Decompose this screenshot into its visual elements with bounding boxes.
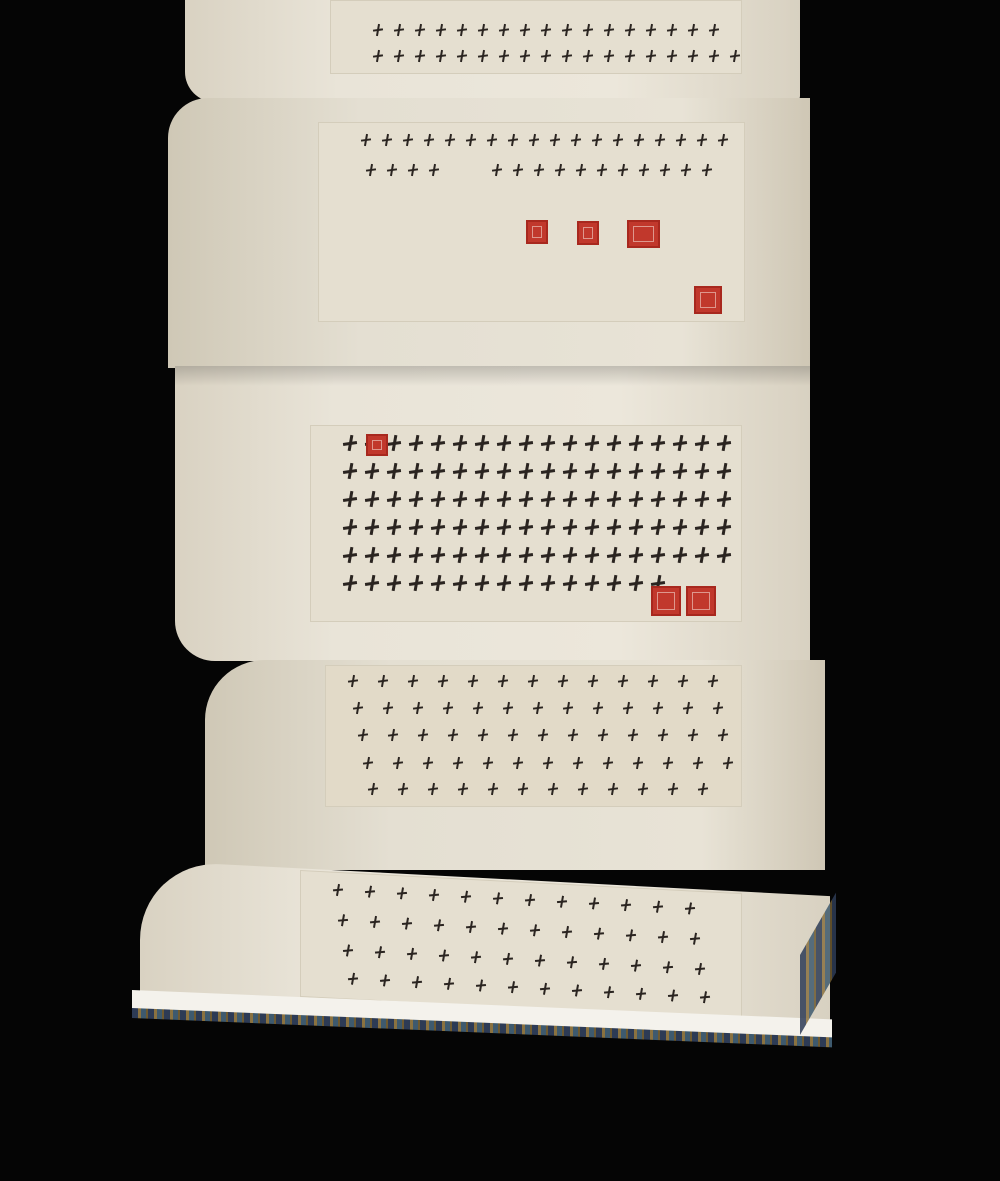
text-column (341, 434, 733, 452)
text-column (341, 546, 733, 564)
red-seal (686, 586, 716, 616)
text-column (341, 490, 733, 508)
text-column (366, 782, 710, 796)
fold-shadow (175, 366, 810, 386)
text-column (341, 574, 667, 592)
text-column (336, 913, 702, 946)
calligraphy-leaf-bottom (300, 870, 742, 1020)
text-column (341, 943, 707, 976)
text-column (356, 728, 730, 742)
calligraphy-leaf-third (310, 425, 742, 622)
text-column (346, 971, 712, 1004)
photo-scene (0, 0, 1000, 1181)
red-seal (577, 221, 599, 245)
red-seal (627, 220, 660, 248)
text-column (364, 163, 714, 177)
calligraphy-leaf-top (330, 0, 742, 74)
text-column (361, 756, 735, 770)
text-column (341, 518, 733, 536)
red-seal (651, 586, 681, 616)
text-column (359, 133, 730, 147)
text-column (346, 674, 720, 688)
calligraphy-leaf-second (318, 122, 745, 322)
text-column (371, 49, 742, 63)
red-seal (694, 286, 722, 314)
text-column (351, 701, 725, 715)
text-column (371, 23, 721, 37)
text-column (341, 462, 733, 480)
red-seal (526, 220, 548, 244)
text-column (331, 883, 697, 916)
calligraphy-leaf-fourth (325, 665, 742, 807)
red-seal (366, 434, 388, 456)
